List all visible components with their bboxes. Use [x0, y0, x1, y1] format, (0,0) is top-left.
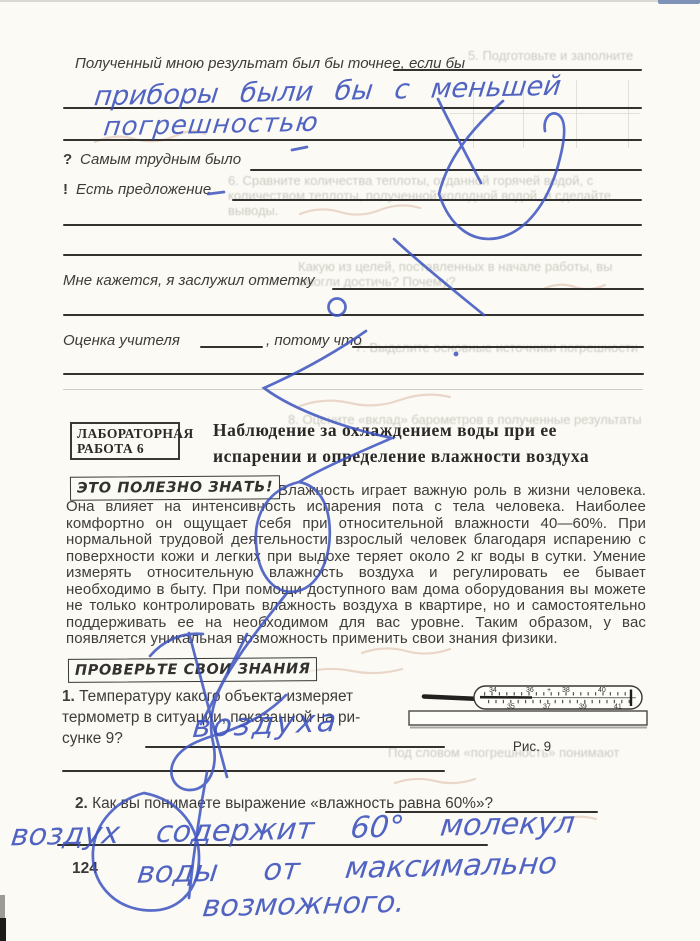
question-1-line3: сунке 9? — [62, 730, 123, 748]
ruled-line — [63, 373, 644, 375]
question-1-number: 1. — [62, 688, 75, 705]
ruled-line — [232, 199, 642, 201]
svg-text:40: 40 — [598, 687, 606, 694]
handwritten-answer-q1: воздуха — [191, 703, 340, 745]
ruled-line — [63, 254, 642, 256]
lab-work-box-line1: ЛАБОРАТОРНАЯ — [77, 426, 173, 441]
table-shelf — [409, 711, 647, 725]
svg-text:+: + — [547, 687, 551, 694]
svg-text:35: 35 — [507, 704, 515, 711]
result-accuracy-label: Полученный мною результат был бы точнее,… — [75, 55, 465, 72]
teacher-mark-because-label: , потому что — [266, 332, 362, 349]
suggestion-label: Есть предложение — [76, 181, 211, 198]
question-mark-prefix: ? — [63, 151, 72, 168]
self-mark-label: Мне кажется, я заслужил отметку — [63, 272, 315, 289]
ruled-line — [63, 224, 642, 226]
page-number: 124 — [72, 860, 98, 878]
useful-to-know-paragraph: Влажность играет важную роль в жизни чел… — [66, 483, 646, 648]
hardest-label: Самым трудным было — [80, 151, 241, 168]
thermometer-stem — [424, 697, 480, 700]
svg-text:34: 34 — [489, 687, 497, 694]
ruled-line — [352, 346, 644, 348]
question-2-number: 2. — [75, 795, 88, 812]
teacher-mark-label: Оценка учителя — [63, 332, 180, 349]
svg-text:36: 36 — [526, 687, 534, 694]
figure-caption: Рис. 9 — [404, 739, 660, 754]
svg-text:41: 41 — [614, 704, 622, 711]
lab-work-box: ЛАБОРАТОРНАЯ РАБОТА 6 — [70, 422, 180, 460]
ruled-line — [62, 770, 445, 772]
exclamation-prefix: ! — [63, 181, 68, 198]
ruled-line-faint — [63, 389, 643, 390]
ruled-line — [332, 288, 644, 290]
handwritten-answer-q2-line3: возможного. — [201, 885, 407, 925]
lab-title-line1: Наблюдение за охлаждением воды при ее — [213, 420, 645, 441]
thermometer-figure: 34 36 + 38 40 35 37 39 41 — [404, 680, 660, 732]
ruled-line — [63, 314, 644, 316]
svg-text:37: 37 — [543, 704, 551, 711]
svg-text:38: 38 — [562, 687, 570, 694]
ruled-line — [250, 169, 642, 171]
ruled-line — [145, 746, 445, 748]
handwritten-answer-accuracy-line2: погрешностью — [102, 108, 321, 143]
svg-text:39: 39 — [579, 704, 587, 711]
ruled-line — [200, 346, 263, 348]
check-knowledge-box: ПРОВЕРЬТЕ СВОИ ЗНАНИЯ — [68, 657, 318, 683]
workbook-page: { "page": { "number": "124", "ink_blue":… — [0, 0, 700, 941]
lab-title-line2: испарении и определение влажности воздух… — [213, 446, 645, 467]
lab-work-box-line2: РАБОТА 6 — [77, 441, 173, 456]
